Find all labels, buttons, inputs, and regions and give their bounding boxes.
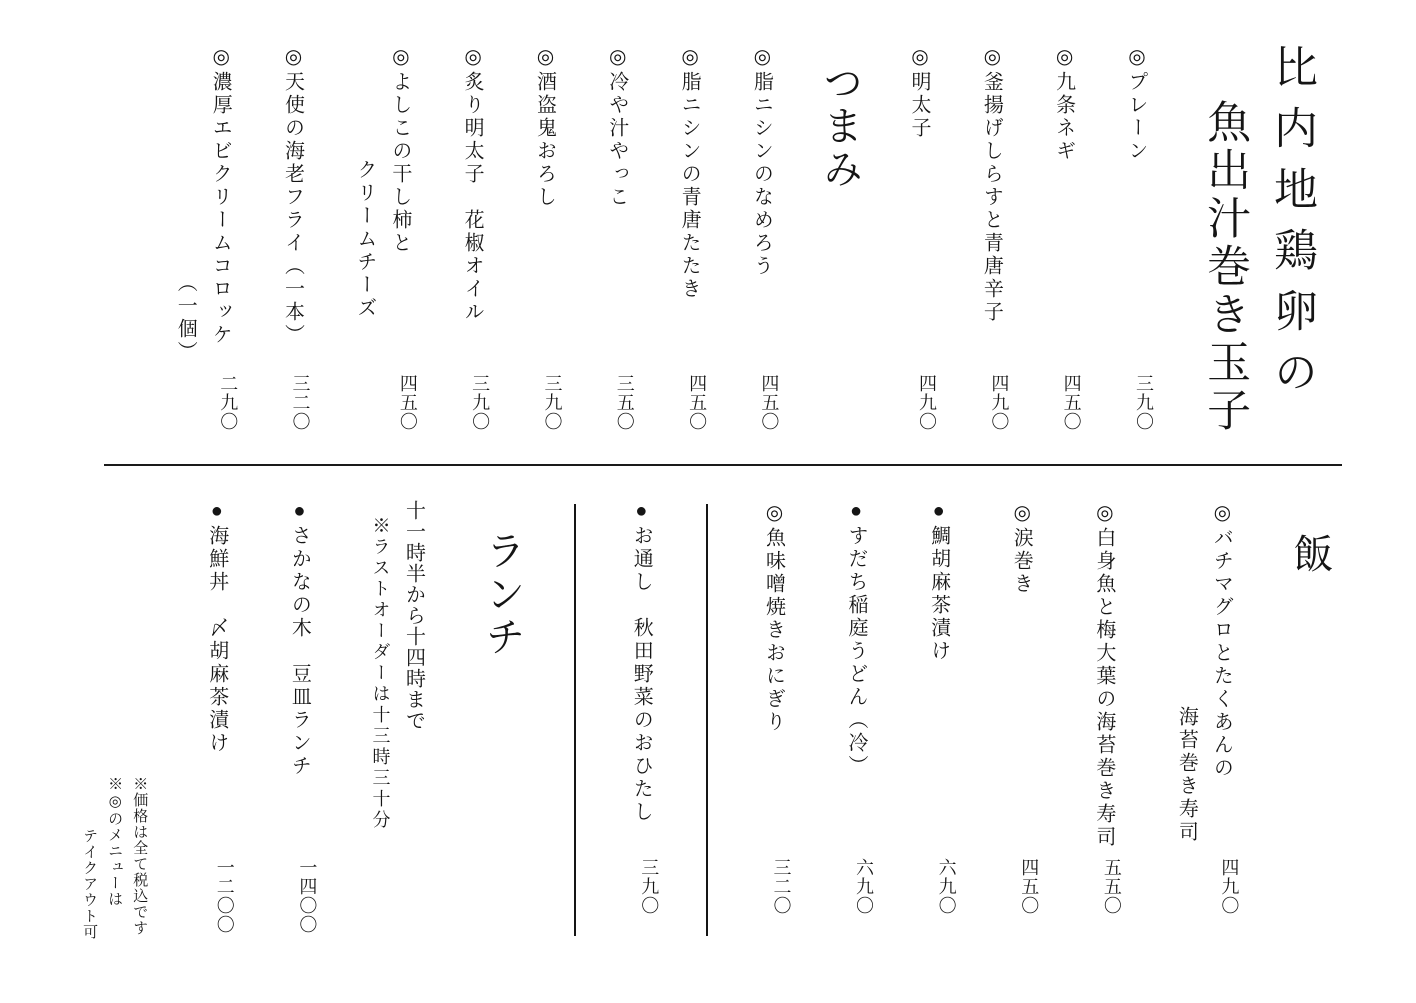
item-price: 四五〇 xyxy=(760,374,778,431)
item-label: お通し 秋田野菜のおひたし xyxy=(630,525,652,824)
item-price: 一二〇〇 xyxy=(216,858,234,934)
takeout-marker-icon: ◎ xyxy=(908,44,930,71)
item-otoshi: ●お通し 秋田野菜のおひたし 三九〇 xyxy=(623,500,658,940)
section-header-meshi: 飯 xyxy=(1286,500,1334,940)
item-label: 濃厚エビクリームコロッケ xyxy=(209,71,231,347)
item-tenshi-ebi-fry: ◎天使の海老フライ（一本） 三二〇 xyxy=(275,44,310,436)
takeout-marker-icon: ◎ xyxy=(1010,500,1032,527)
item-label: 鯛胡麻茶漬け xyxy=(928,525,950,663)
takeout-marker-icon: ◎ xyxy=(980,44,1002,71)
item-ebi-cream-croquette: ◎濃厚エビクリームコロッケ （一個） 二九〇 xyxy=(167,44,237,436)
item-name-line2: （一個） xyxy=(167,44,202,436)
item-price: 五五〇 xyxy=(1103,858,1121,915)
section-header-label: 飯 xyxy=(1286,533,1334,940)
takeout-marker-icon: ◎ xyxy=(1093,500,1115,527)
item-label: バチマグロとたくあんの xyxy=(1210,527,1232,780)
item-price: 四五〇 xyxy=(1063,374,1081,431)
item-price: 四五〇 xyxy=(1020,858,1038,915)
bullet-marker-icon: ● xyxy=(928,500,950,525)
section-header-lunch: ランチ xyxy=(478,500,526,940)
takeout-marker-icon: ◎ xyxy=(1210,500,1232,527)
takeout-marker-icon: ◎ xyxy=(762,500,784,527)
item-bachi-maguro-norimaki: ◎バチマグロとたくあんの 海苔巻き寿司 四九〇 xyxy=(1168,500,1238,940)
note-takeout-line2: テイクアウト可 xyxy=(76,776,101,940)
item-nishin-aoto-tataki: ◎脂ニシンの青唐たたき 四五〇 xyxy=(671,44,706,436)
takeout-marker-icon: ◎ xyxy=(282,44,304,71)
section-bottom: 飯 ◎バチマグロとたくあんの 海苔巻き寿司 四九〇 ◎白身魚と梅大葉の海苔巻き寿… xyxy=(76,500,1334,940)
item-price: 六九〇 xyxy=(855,858,873,915)
takeout-marker-icon: ◎ xyxy=(533,44,555,71)
item-price: 三九〇 xyxy=(471,374,489,431)
item-price: 三二〇 xyxy=(292,374,310,431)
item-sudachi-inaniwa-udon: ●すだち稲庭うどん（冷） 六九〇 xyxy=(838,500,873,940)
item-label: すだち稲庭うどん（冷） xyxy=(845,525,867,778)
takeout-marker-icon: ◎ xyxy=(461,44,483,71)
item-price: 四九〇 xyxy=(990,374,1008,431)
takeout-marker-icon: ◎ xyxy=(678,44,700,71)
item-price: 四九〇 xyxy=(1220,858,1238,915)
item-label: 炙り明太子 花椒オイル xyxy=(461,71,483,324)
item-shiromi-ume-norimaki: ◎白身魚と梅大葉の海苔巻き寿司 五五〇 xyxy=(1086,500,1121,940)
item-label: プレーン xyxy=(1125,71,1147,163)
item-mamezara-lunch: ●さかなの木 豆皿ランチ 一四〇〇 xyxy=(281,500,316,940)
bullet-marker-icon: ● xyxy=(206,500,228,525)
section-header-label: つまみ xyxy=(816,62,864,436)
item-label: 釜揚げしらすと青唐辛子 xyxy=(980,71,1002,324)
item-price: 六九〇 xyxy=(938,858,956,915)
item-label: さかなの木 豆皿ランチ xyxy=(288,525,310,778)
section-top: 比内地鶏卵の 魚出汁巻き玉子 ◎プレーン 三九〇 ◎九条ネギ 四五〇 ◎釜揚げし… xyxy=(167,44,1324,436)
item-price: 四五〇 xyxy=(688,374,706,431)
item-price: 四五〇 xyxy=(399,374,417,431)
horizontal-divider xyxy=(104,464,1342,466)
item-name-line2: 海苔巻き寿司 xyxy=(1168,500,1203,940)
item-price: 三九〇 xyxy=(543,374,561,431)
item-price: 三九〇 xyxy=(640,858,658,915)
menu-sheet: 比内地鶏卵の 魚出汁巻き玉子 ◎プレーン 三九〇 ◎九条ネギ 四五〇 ◎釜揚げし… xyxy=(0,0,1416,1003)
section-header-tsumami: つまみ xyxy=(816,44,864,436)
footer-notes: ※価格は全て税込です ※◎のメニューは テイクアウト可 xyxy=(76,776,151,940)
takeout-marker-icon: ◎ xyxy=(1125,44,1147,71)
takeout-marker-icon: ◎ xyxy=(389,44,411,71)
item-price: 三九〇 xyxy=(1135,374,1153,431)
item-label: 脂ニシンの青唐たたき xyxy=(678,71,700,301)
note-tax: ※価格は全て税込です xyxy=(126,776,151,940)
vertical-divider-left xyxy=(574,504,576,936)
item-shuto-oni-oroshi: ◎酒盗鬼おろし 三九〇 xyxy=(526,44,561,436)
bullet-marker-icon: ● xyxy=(845,500,867,525)
note-takeout-line1: ※◎のメニューは xyxy=(101,776,126,940)
item-price: 三二〇 xyxy=(772,858,790,915)
item-label: よしこの干し柿と xyxy=(389,71,411,255)
item-label: 涙巻き xyxy=(1010,527,1032,596)
item-label: 海鮮丼 〆胡麻茶漬け xyxy=(206,525,228,755)
item-namida-maki: ◎涙巻き 四五〇 xyxy=(1003,500,1038,940)
item-uo-miso-onigiri: ◎魚味噌焼きおにぎり 三二〇 xyxy=(755,500,790,940)
item-name-line2: クリームチーズ xyxy=(347,44,382,436)
item-shirasu-aotogarashi: ◎釜揚げしらすと青唐辛子 四九〇 xyxy=(973,44,1008,436)
item-label: 冷や汁やっこ xyxy=(606,71,628,209)
item-label: 明太子 xyxy=(908,71,930,140)
menu-title-line1: 比内地鶏卵の xyxy=(1257,44,1324,436)
item-label: 酒盗鬼おろし xyxy=(533,71,555,209)
lunch-hours: 十一時半から十四時まで ※ラストオーダーは十三時三十分 xyxy=(364,500,431,940)
takeout-marker-icon: ◎ xyxy=(750,44,772,71)
lunch-last-order-text: ※ラストオーダーは十三時三十分 xyxy=(364,500,396,940)
item-label: 脂ニシンのなめろう xyxy=(750,71,772,278)
bullet-marker-icon: ● xyxy=(630,500,652,525)
item-price: 三五〇 xyxy=(616,374,634,431)
takeout-marker-icon: ◎ xyxy=(1053,44,1075,71)
menu-title-line2: 魚出汁巻き玉子 xyxy=(1190,44,1257,436)
takeout-marker-icon: ◎ xyxy=(606,44,628,71)
item-label: 九条ネギ xyxy=(1053,71,1075,163)
item-hiyajiru-yakko: ◎冷や汁やっこ 三五〇 xyxy=(599,44,634,436)
item-kujo-negi: ◎九条ネギ 四五〇 xyxy=(1046,44,1081,436)
item-label: 天使の海老フライ（一本） xyxy=(282,71,304,347)
item-mentaiko: ◎明太子 四九〇 xyxy=(901,44,936,436)
item-tai-goma-chazuke: ●鯛胡麻茶漬け 六九〇 xyxy=(921,500,956,940)
item-hoshigaki-cream-cheese: ◎よしこの干し柿と クリームチーズ 四五〇 xyxy=(347,44,417,436)
item-kaisen-don: ●海鮮丼 〆胡麻茶漬け 一二〇〇 xyxy=(199,500,234,940)
item-price: 一四〇〇 xyxy=(298,858,316,934)
menu-title: 比内地鶏卵の 魚出汁巻き玉子 xyxy=(1190,44,1324,436)
bullet-marker-icon: ● xyxy=(288,500,310,525)
lunch-hours-text: 十一時半から十四時まで xyxy=(395,500,430,940)
item-aburi-mentaiko-kajo-oil: ◎炙り明太子 花椒オイル 三九〇 xyxy=(454,44,489,436)
item-price: 二九〇 xyxy=(219,374,237,431)
item-plain: ◎プレーン 三九〇 xyxy=(1118,44,1153,436)
vertical-divider-right xyxy=(706,504,708,936)
takeout-marker-icon: ◎ xyxy=(209,44,231,71)
section-header-label: ランチ xyxy=(478,530,526,940)
item-nishin-namero: ◎脂ニシンのなめろう 四五〇 xyxy=(743,44,778,436)
item-label: 白身魚と梅大葉の海苔巻き寿司 xyxy=(1093,527,1115,849)
item-price: 四九〇 xyxy=(918,374,936,431)
item-label: 魚味噌焼きおにぎり xyxy=(762,527,784,734)
